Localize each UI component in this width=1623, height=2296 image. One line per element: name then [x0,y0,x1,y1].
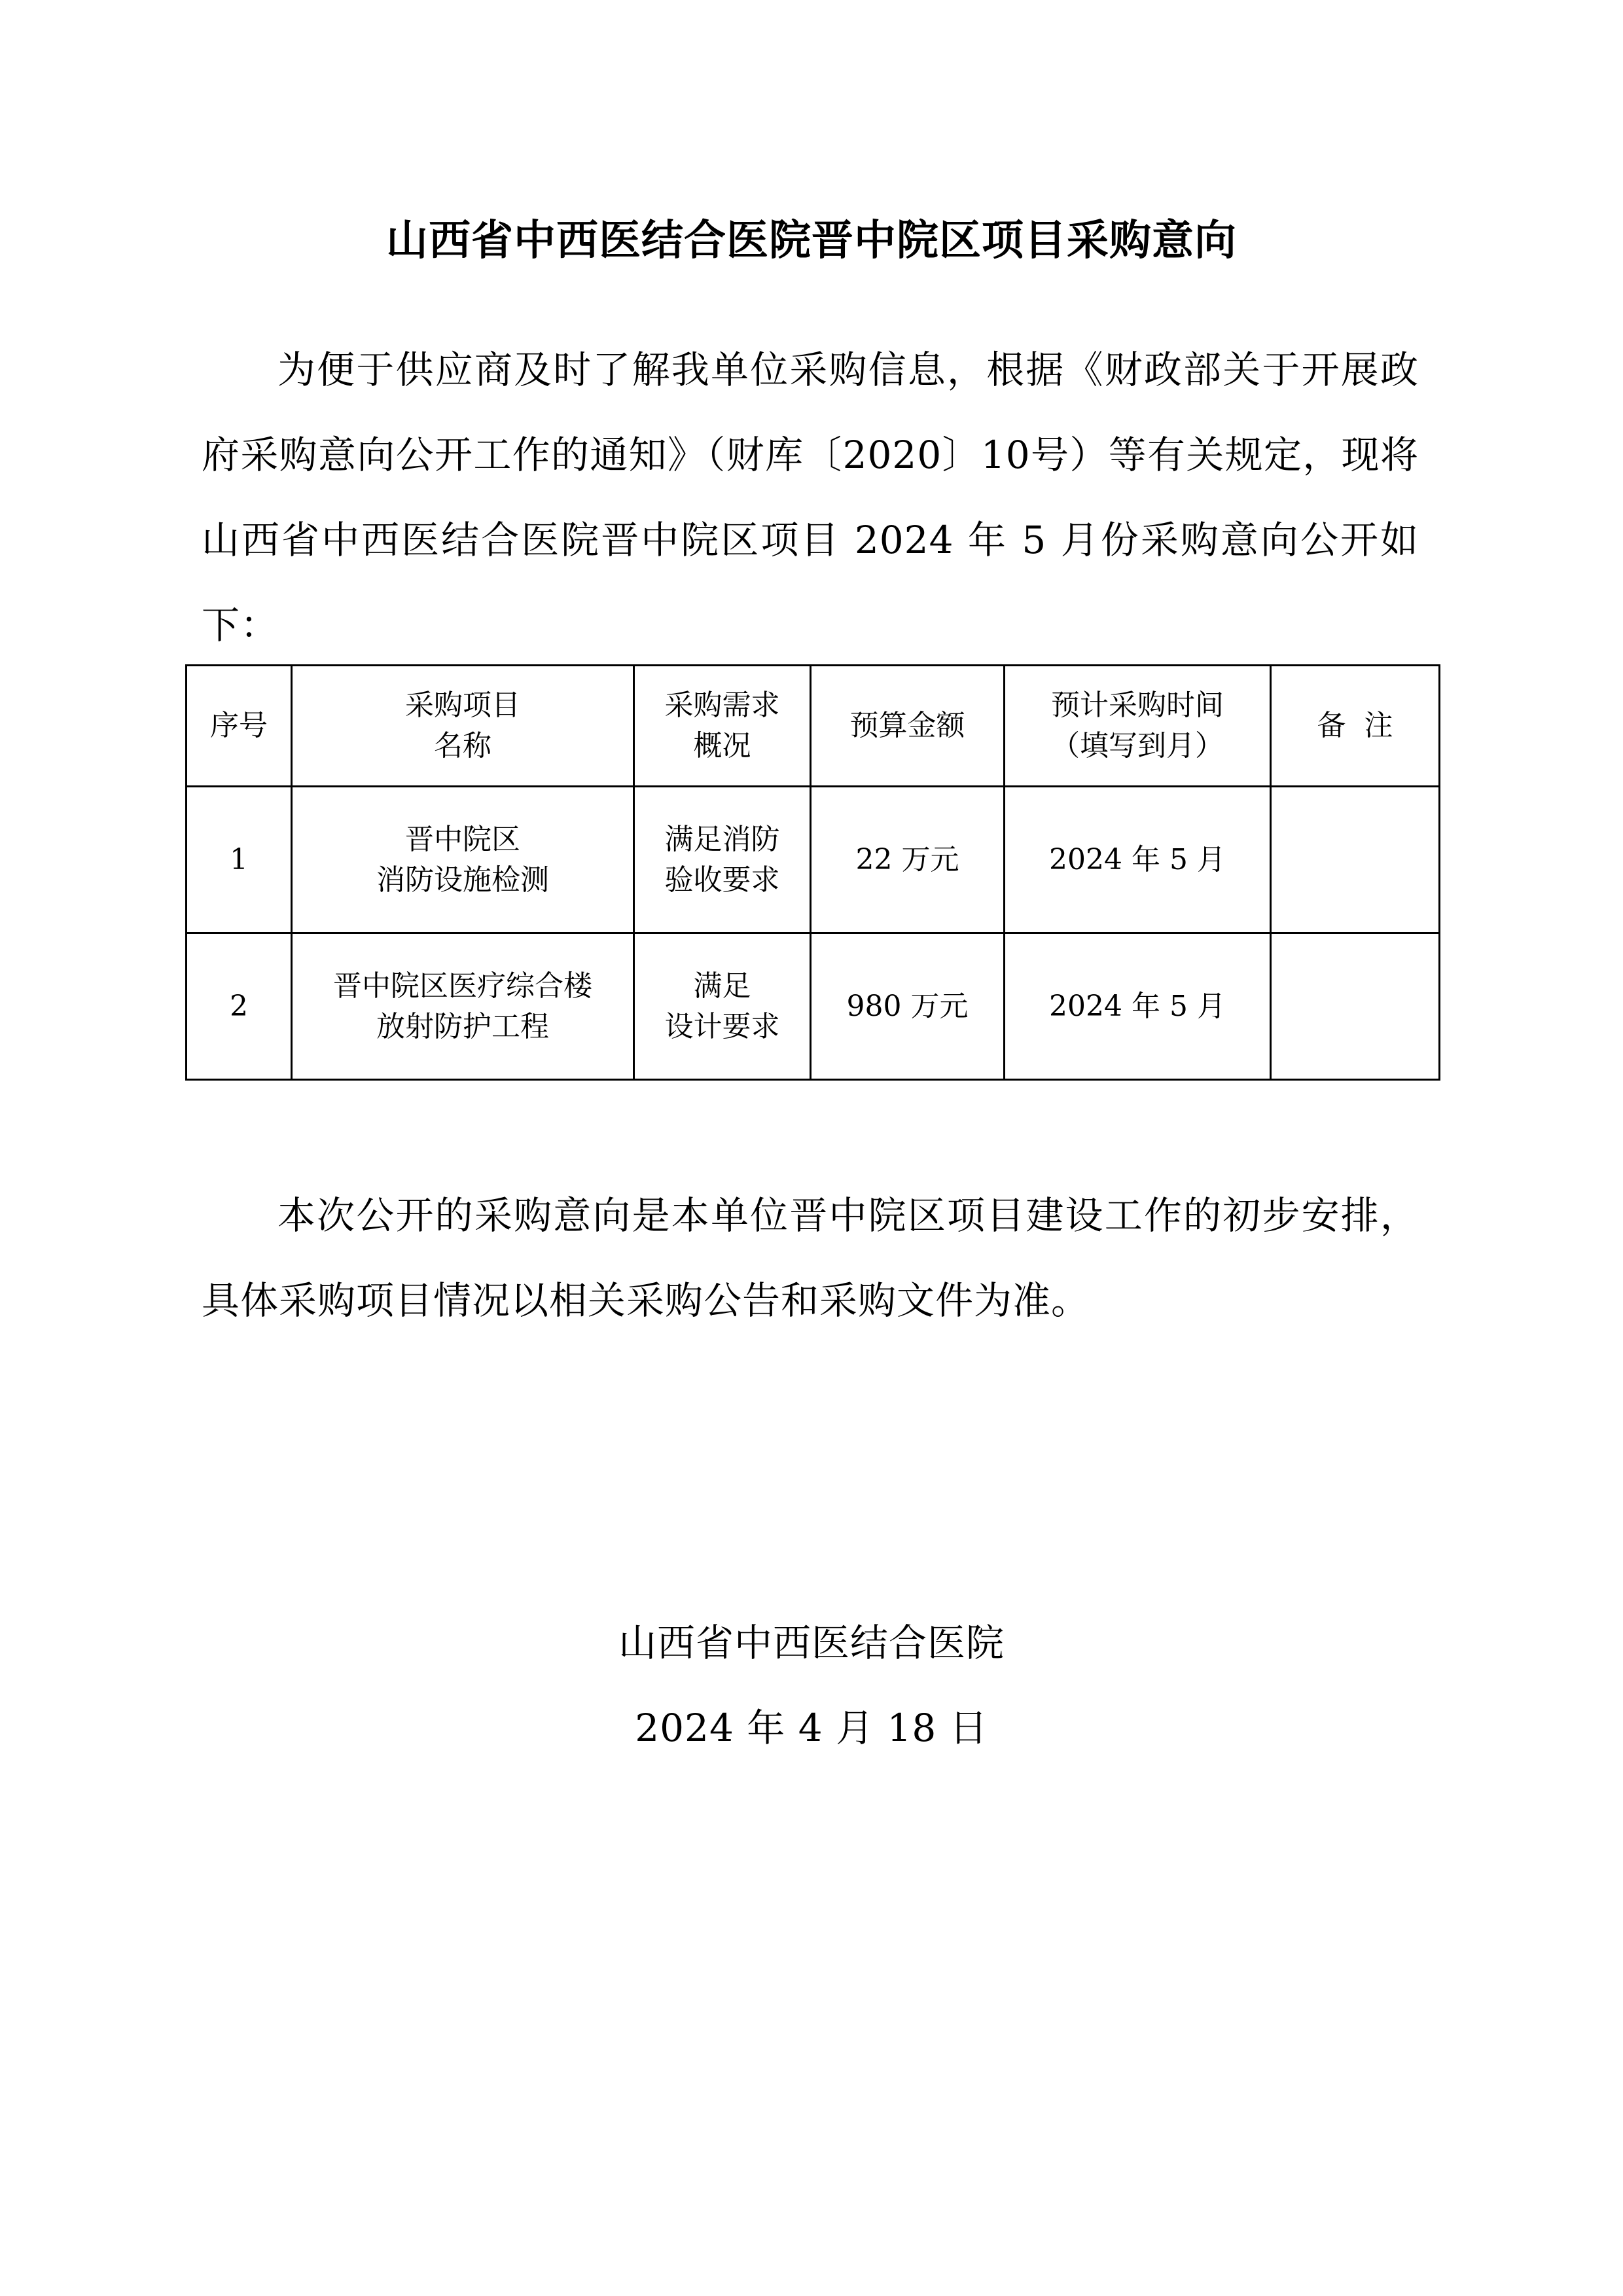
cell-text: 晋中院区医疗综合楼 [296,966,629,1007]
cell-project-name: 晋中院区医疗综合楼 放射防护工程 [292,933,634,1080]
cell-remarks [1271,787,1440,933]
cell-text: 满足 [639,966,806,1007]
table-row: 2 晋中院区医疗综合楼 放射防护工程 满足 设计要求 980 万元 2024 年… [187,933,1440,1080]
cell-text: 验收要求 [639,860,806,901]
cell-budget: 980 万元 [811,933,1005,1080]
cell-budget: 22 万元 [811,787,1005,933]
cell-text: 设计要求 [639,1007,806,1047]
cell-project-name: 晋中院区 消防设施检测 [292,787,634,933]
cell-requirement: 满足消防 验收要求 [634,787,811,933]
header-requirement: 采购需求 概况 [634,666,811,787]
header-label: 采购项目 [296,685,629,726]
header-label: 预算金额 [815,706,999,746]
cell-expected-time: 2024 年 5 月 [1005,787,1271,933]
signature-organization: 山西省中西医结合医院 [0,1610,1623,1676]
cell-expected-time: 2024 年 5 月 [1005,933,1271,1080]
cell-requirement: 满足 设计要求 [634,933,811,1080]
cell-remarks [1271,933,1440,1080]
page-title: 山西省中西医结合医院晋中院区项目采购意向 [0,208,1623,274]
header-label: 序号 [191,706,287,746]
table-header-row: 序号 采购项目 名称 采购需求 概况 预算金额 预计采购时间 （填写到月） [187,666,1440,787]
procurement-intent-table-container: 序号 采购项目 名称 采购需求 概况 预算金额 预计采购时间 （填写到月） [185,664,1440,1081]
header-expected-time: 预计采购时间 （填写到月） [1005,666,1271,787]
cell-text: 消防设施检测 [296,860,629,901]
signature-date: 2024 年 4 月 18 日 [0,1695,1623,1761]
header-budget: 预算金额 [811,666,1005,787]
table-row: 1 晋中院区 消防设施检测 满足消防 验收要求 22 万元 2024 年 5 月 [187,787,1440,933]
closing-paragraph: 本次公开的采购意向是本单位晋中院区项目建设工作的初步安排，具体采购项目情况以相关… [202,1173,1419,1343]
header-remarks: 备 注 [1271,666,1440,787]
cell-text: 放射防护工程 [296,1007,629,1047]
header-project-name: 采购项目 名称 [292,666,634,787]
header-label: 采购需求 [639,685,806,726]
header-label: 预计采购时间 [1009,685,1266,726]
cell-text: 晋中院区 [296,819,629,860]
header-label: （填写到月） [1009,726,1266,766]
cell-text: 满足消防 [639,819,806,860]
intro-paragraph: 为便于供应商及时了解我单位采购信息，根据《财政部关于开展政府采购意向公开工作的通… [202,327,1419,668]
cell-index: 1 [187,787,292,933]
header-index: 序号 [187,666,292,787]
header-label: 概况 [639,726,806,766]
procurement-intent-table: 序号 采购项目 名称 采购需求 概况 预算金额 预计采购时间 （填写到月） [185,664,1440,1081]
cell-index: 2 [187,933,292,1080]
header-label: 名称 [296,726,629,766]
header-label: 备 注 [1275,706,1435,746]
